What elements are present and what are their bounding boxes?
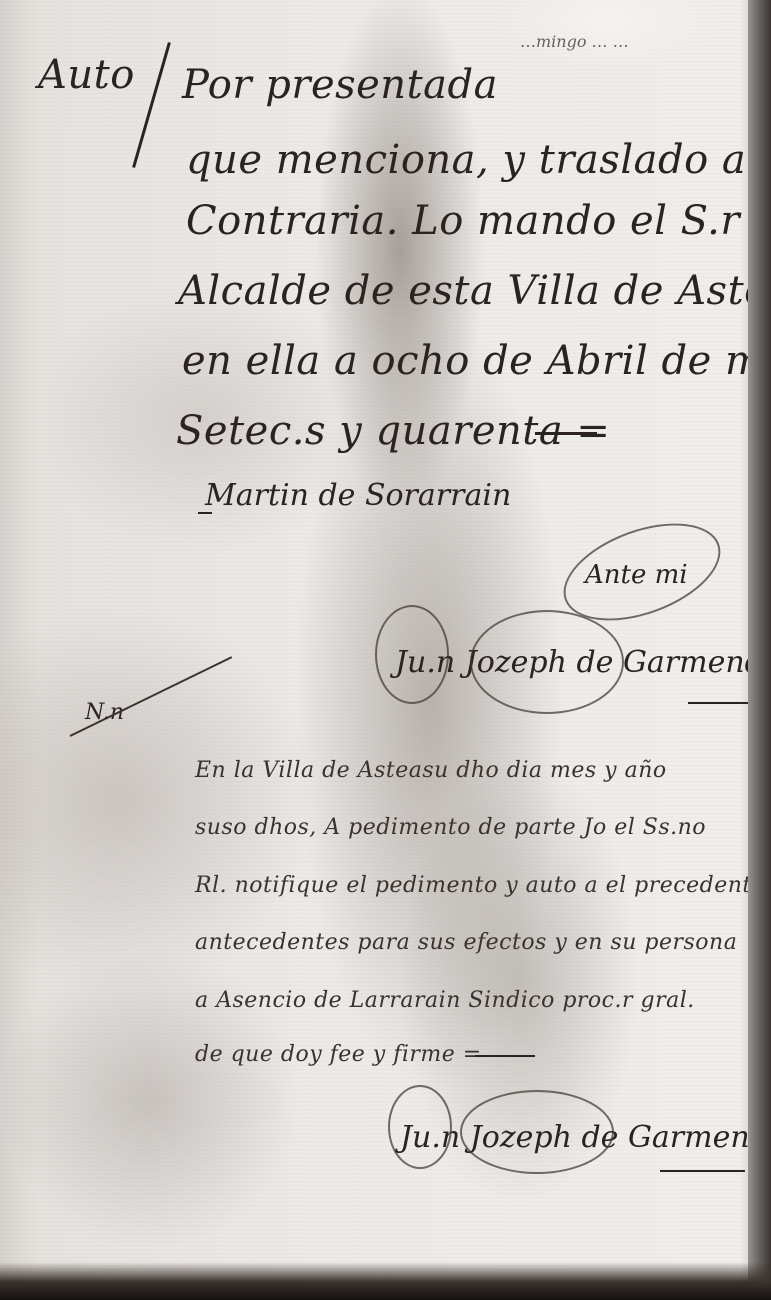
- diligence-closing-rule: [475, 1055, 535, 1057]
- diligence-line-4: antecedentes para sus efectos y en su pe…: [195, 930, 737, 955]
- body-line-5: en ella a ocho de Abril de mil: [182, 338, 771, 384]
- manuscript-page: …mingo … … Auto Por presentada que menci…: [0, 0, 760, 1290]
- flourish-notary-1-b: [470, 610, 624, 714]
- diligence-line-2: suso dhos, A pedimento de parte Jo el Ss…: [195, 815, 706, 840]
- signature-lead-stroke: [198, 512, 212, 514]
- bracket-stroke: [132, 42, 171, 168]
- flourish-notary-1-a: [375, 605, 449, 704]
- book-edge-right: [748, 0, 771, 1300]
- book-edge-bottom: [0, 1262, 771, 1300]
- top-fragment-text: …mingo … …: [520, 32, 629, 51]
- signature-martin-de-sorarrain: Martin de Sorarrain: [205, 478, 511, 513]
- body-line-2: que menciona, y traslado a la: [186, 137, 771, 183]
- closing-rule: [535, 432, 597, 435]
- margin-heading-auto: Auto: [38, 52, 135, 98]
- diligence-line-3: Rl. notifique el pedimento y auto a el p…: [195, 873, 765, 898]
- body-line-1: Por presentada: [182, 62, 498, 108]
- diligence-line-5: a Asencio de Larrarain Sindico proc.r gr…: [195, 988, 695, 1013]
- diligence-line-1: En la Villa de Asteasu dho dia mes y año: [195, 758, 667, 783]
- notary-1-underline: [688, 702, 748, 704]
- body-line-6: Setec.s y quarenta =: [176, 408, 610, 454]
- flourish-notary-2-a: [388, 1085, 452, 1169]
- body-line-3: Contraria. Lo mando el S.r: [186, 198, 740, 244]
- margin-diagonal-stroke: [70, 656, 233, 737]
- flourish-notary-2-b: [460, 1090, 614, 1174]
- diligence-line-6: de que doy fee y firme =: [195, 1042, 482, 1067]
- notary-2-underline: [660, 1170, 745, 1172]
- body-line-4: Alcalde de esta Villa de Asteasu: [178, 268, 771, 314]
